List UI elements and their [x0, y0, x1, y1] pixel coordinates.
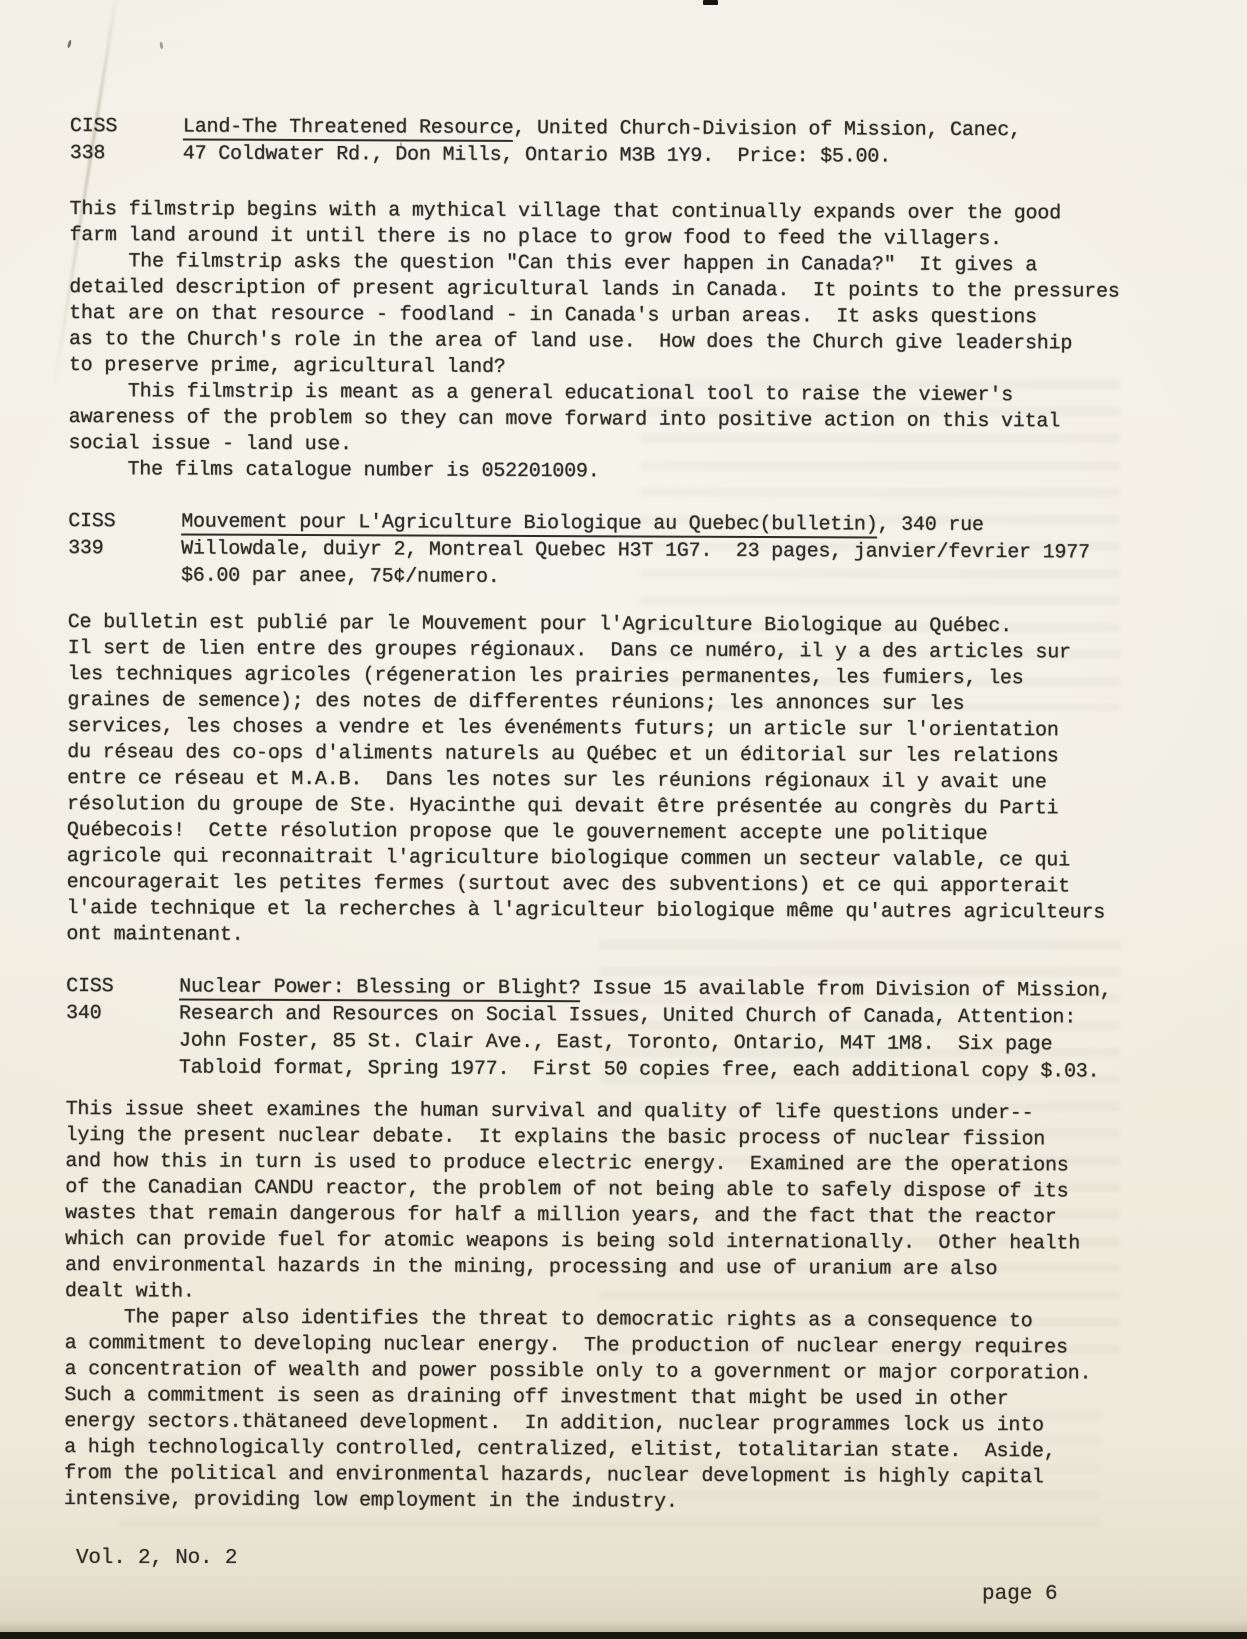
- scan-edge-mark-artifact: [703, 0, 718, 5]
- entry-title: Land-The Threatened Resource: [183, 115, 514, 141]
- entry-org-label: CISS: [66, 973, 179, 1000]
- entry-title-suffix: , 340 rue: [877, 514, 983, 537]
- catalog-entry-339: CISS 339 Mouvement pour L'Agriculture Bi…: [66, 508, 1208, 953]
- entry-org-label: CISS: [68, 508, 181, 535]
- catalog-entry-340: CISS 340 Nuclear Power: Blessing or Blig…: [64, 973, 1206, 1518]
- entry-heading-column: Mouvement pour L'Agriculture Biologique …: [181, 508, 1208, 593]
- entry-address: 47 Coldwater Rd., Don Mills, Ontario M3B…: [183, 140, 1210, 171]
- ink-speck-artifact: [67, 40, 72, 49]
- entry-number: 338: [70, 140, 183, 167]
- entry-id-column: CISS 339: [68, 508, 181, 589]
- footer-page-number: page 6: [982, 1583, 1058, 1606]
- ink-speck-artifact: [160, 42, 164, 49]
- catalog-entry-338: CISS 338 Land-The Threatened Resource, U…: [68, 113, 1210, 488]
- entry-header: CISS 340 Nuclear Power: Blessing or Blig…: [66, 973, 1206, 1086]
- entry-id-column: CISS 338: [70, 113, 183, 167]
- entry-address: Willowdale, duiyr 2, Montreal Quebec H3T…: [181, 535, 1208, 593]
- entry-org-label: CISS: [70, 113, 183, 140]
- entry-header: CISS 338 Land-The Threatened Resource, U…: [70, 113, 1210, 172]
- scan-bottom-shadow-artifact: [0, 1620, 1247, 1632]
- scan-bottom-bar-artifact: [0, 1632, 1247, 1639]
- entry-heading-column: Nuclear Power: Blessing or Blight? Issue…: [179, 973, 1206, 1085]
- entry-id-column: CISS 340: [66, 973, 179, 1081]
- entry-title-suffix: , United Church-Division of Mission, Can…: [513, 117, 1021, 142]
- typewritten-content: CISS 338 Land-The Threatened Resource, U…: [64, 113, 1210, 1518]
- entry-heading-column: Land-The Threatened Resource, United Chu…: [183, 113, 1210, 171]
- entry-body-text: This issue sheet examines the human surv…: [64, 1097, 1206, 1518]
- entry-title: Mouvement pour L'Agriculture Biologique …: [181, 510, 877, 538]
- entry-number: 340: [66, 1000, 179, 1027]
- entry-body-text: This filmstrip begins with a mythical vi…: [68, 197, 1209, 488]
- scanned-document-page: CISS 338 Land-The Threatened Resource, U…: [0, 0, 1247, 1639]
- entry-body-text: Ce bulletin est publié par le Mouvement …: [66, 610, 1207, 953]
- entry-number: 339: [68, 535, 181, 562]
- entry-header: CISS 339 Mouvement pour L'Agriculture Bi…: [68, 508, 1208, 594]
- entry-title: Nuclear Power: Blessing or Blight?: [179, 975, 580, 1002]
- entry-title-suffix: Issue 15 available from Division of Miss…: [580, 977, 1111, 1002]
- footer-volume-label: Vol. 2, No. 2: [76, 1547, 237, 1570]
- entry-address: Research and Resources on Social Issues,…: [179, 1000, 1206, 1085]
